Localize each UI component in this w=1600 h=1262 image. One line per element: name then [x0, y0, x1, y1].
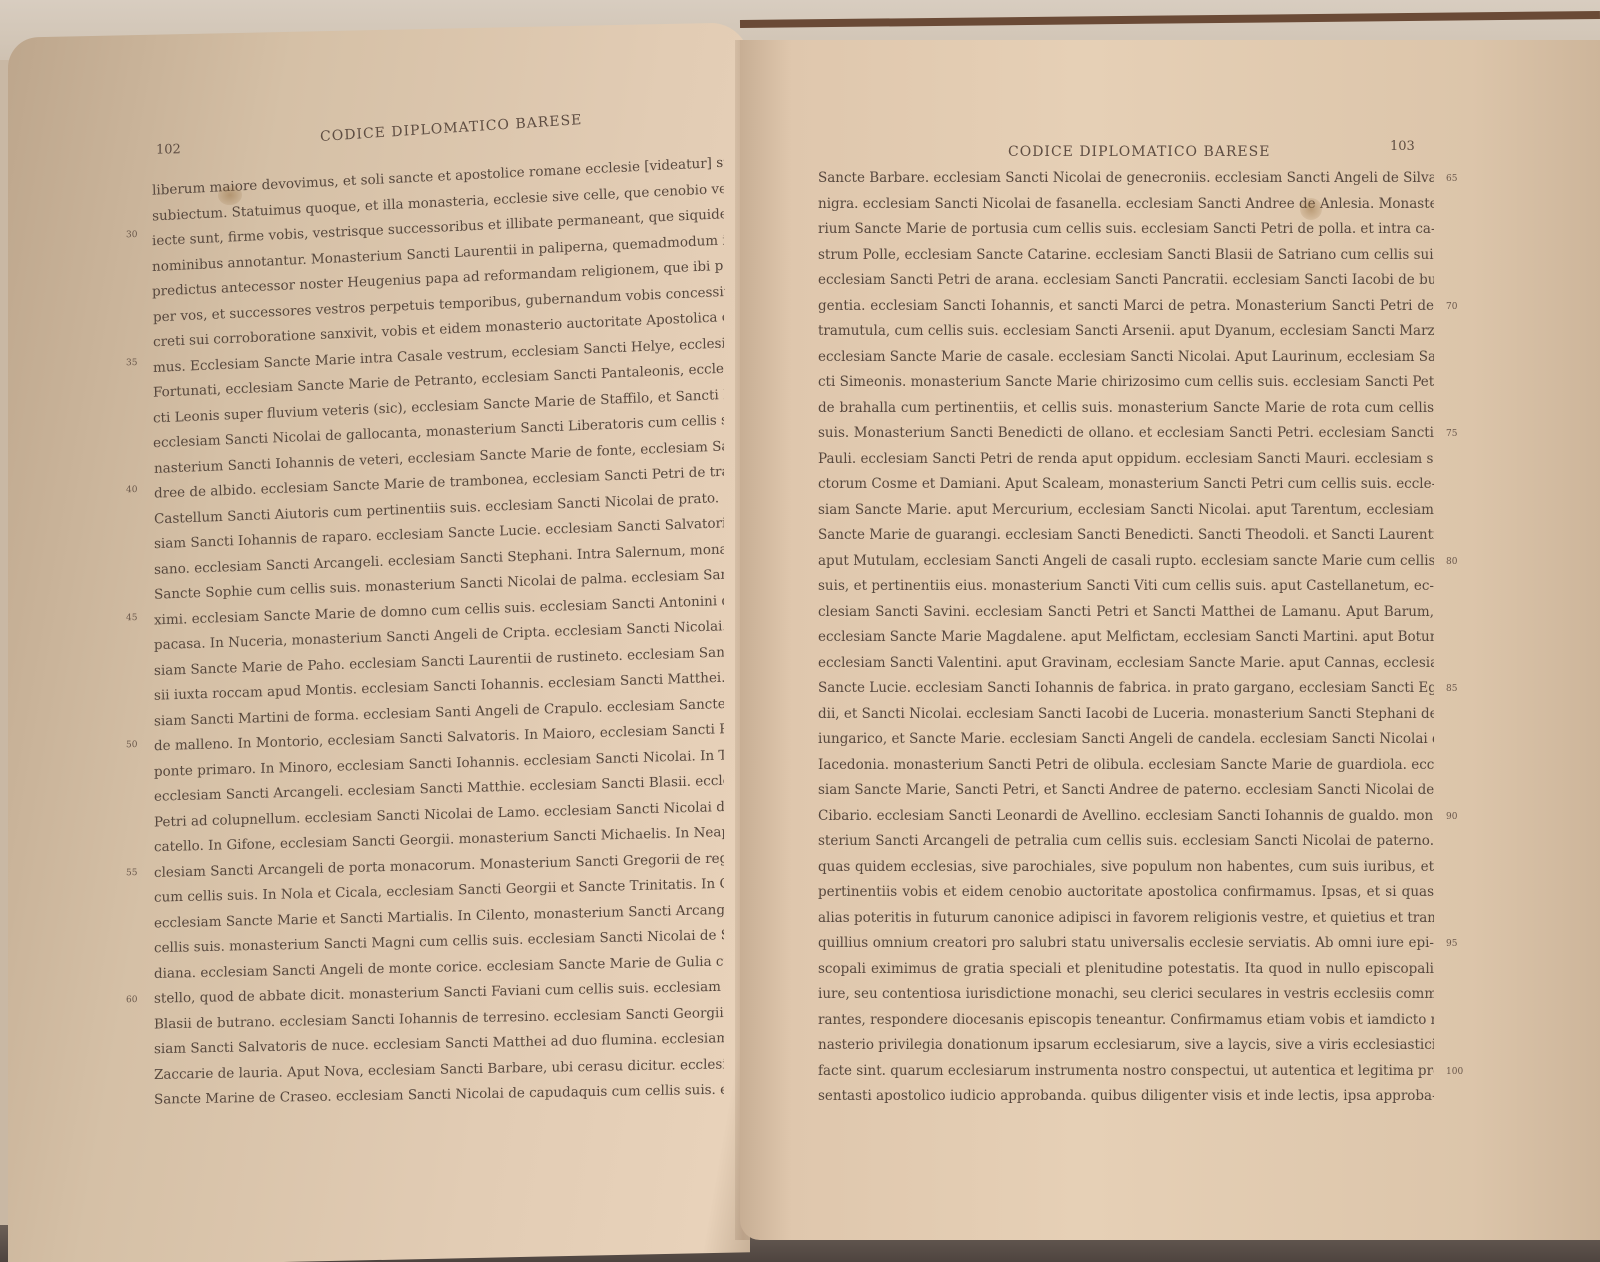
text-line: siam Sancte Marie. aput Mercurium, eccle…	[818, 498, 1434, 524]
text-line: scopali eximimus de gratia speciali et p…	[818, 957, 1434, 983]
text-line: ctorum Cosme et Damiani. Aput Scaleam, m…	[818, 472, 1434, 498]
line-number: 85	[1446, 684, 1457, 694]
text-line: de brahalla cum pertinentiis, et cellis …	[818, 396, 1434, 422]
line-number: 95	[1446, 939, 1457, 949]
line-number: 30	[126, 230, 137, 240]
line-number: 35	[126, 358, 137, 368]
text-line: aput Mutulam, ecclesiam Sancti Angeli de…	[818, 549, 1434, 575]
text-line: rantes, respondere diocesanis episcopis …	[818, 1008, 1434, 1034]
text-line: Cibario. ecclesiam Sancti Leonardi de Av…	[818, 804, 1434, 830]
text-line: quillius omnium creatori pro salubri sta…	[818, 931, 1434, 957]
line-number: 55	[126, 868, 137, 878]
text-line: Sancte Lucie. ecclesiam Sancti Iohannis …	[818, 676, 1434, 702]
line-number: 75	[1446, 429, 1457, 439]
page-number: 103	[1390, 139, 1415, 154]
text-line: iure, seu contentiosa iurisdictione mona…	[818, 982, 1434, 1008]
text-line: ecclesiam Sancte Marie Magdalene. aput M…	[818, 625, 1434, 651]
left-page-text: liberum maiore devovimus, et soli sancte…	[154, 159, 724, 1114]
text-line: cti Simeonis. monasterium Sancte Marie c…	[818, 370, 1434, 396]
text-line: ecclesiam Sancte Marie de casale. eccles…	[818, 345, 1434, 371]
text-line: nigra. ecclesiam Sancti Nicolai de fasan…	[818, 192, 1434, 218]
left-page: 102 CODICE DIPLOMATICO BARESE liberum ma…	[8, 22, 750, 1262]
line-number: 40	[126, 485, 137, 495]
text-line: clesiam Sancti Savini. ecclesiam Sancti …	[818, 600, 1434, 626]
text-line: strum Polle, ecclesiam Sancte Catarine. …	[818, 243, 1434, 269]
text-line: Sancte Marie de guarangi. ecclesiam Sanc…	[818, 523, 1434, 549]
text-line: Iacedonia. monasterium Sancti Petri de o…	[818, 753, 1434, 779]
text-line: Sancte Barbare. ecclesiam Sancti Nicolai…	[818, 166, 1434, 192]
text-line: Pauli. ecclesiam Sancti Petri de renda a…	[818, 447, 1434, 473]
paper-stain	[1300, 198, 1322, 220]
line-number: 80	[1446, 557, 1457, 567]
line-number: 60	[126, 995, 137, 1005]
running-head: CODICE DIPLOMATICO BARESE	[1008, 144, 1270, 160]
running-head: CODICE DIPLOMATICO BARESE	[320, 112, 583, 145]
line-number: 65	[1446, 174, 1457, 184]
text-line: nasterio privilegia donationum ipsarum e…	[818, 1033, 1434, 1059]
text-line: facte sint. quarum ecclesiarum instrumen…	[818, 1059, 1434, 1085]
text-line: rium Sancte Marie de portusia cum cellis…	[818, 217, 1434, 243]
text-line: sentasti apostolico iudicio approbanda. …	[818, 1084, 1434, 1110]
line-number: 90	[1446, 812, 1457, 822]
text-line: ecclesiam Sancti Valentini. aput Gravina…	[818, 651, 1434, 677]
text-line: alias poteritis in futurum canonice adip…	[818, 906, 1434, 932]
text-line: tramutula, cum cellis suis. ecclesiam Sa…	[818, 319, 1434, 345]
line-number: 70	[1446, 302, 1457, 312]
text-line: suis, et pertinentiis eius. monasterium …	[818, 574, 1434, 600]
text-line: quas quidem ecclesias, sive parochiales,…	[818, 855, 1434, 881]
page-number: 102	[156, 142, 181, 158]
text-line: suis. Monasterium Sancti Benedicti de ol…	[818, 421, 1434, 447]
right-page-text: Sancte Barbare. ecclesiam Sancti Nicolai…	[818, 166, 1434, 1110]
text-line: siam Sancte Marie, Sancti Petri, et Sanc…	[818, 778, 1434, 804]
text-line: pertinentiis vobis et eidem cenobio auct…	[818, 880, 1434, 906]
right-page: CODICE DIPLOMATICO BARESE 103 Sancte Bar…	[740, 40, 1600, 1240]
line-number: 100	[1446, 1067, 1463, 1077]
line-number: 50	[126, 740, 137, 750]
text-line: ecclesiam Sancti Petri de arana. ecclesi…	[818, 268, 1434, 294]
text-line: gentia. ecclesiam Sancti Iohannis, et sa…	[818, 294, 1434, 320]
text-line: dii, et Sancti Nicolai. ecclesiam Sancti…	[818, 702, 1434, 728]
text-line: sterium Sancti Arcangeli de petralia cum…	[818, 829, 1434, 855]
line-number: 45	[126, 613, 137, 623]
text-line: iungarico, et Sancte Marie. ecclesiam Sa…	[818, 727, 1434, 753]
